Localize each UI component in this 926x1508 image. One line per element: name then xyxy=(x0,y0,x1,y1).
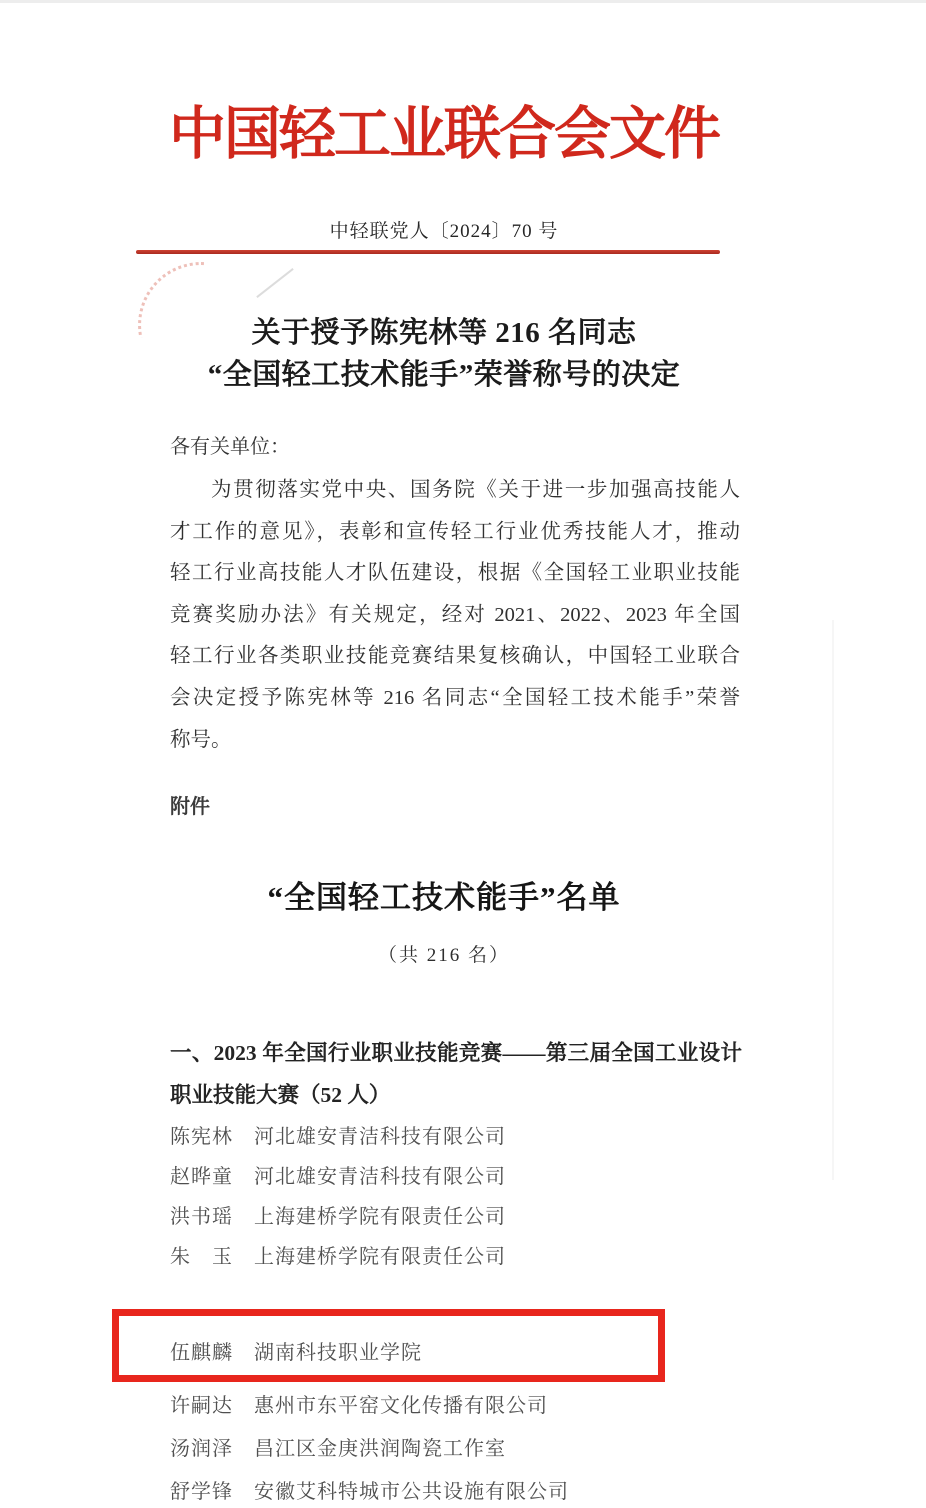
body-line: 称号。 xyxy=(170,720,740,762)
masthead-title: 中国轻工业联合会文件 xyxy=(150,92,738,178)
document-title-line-2: “全国轻工技术能手”荣誉称号的决定 xyxy=(150,352,738,393)
body-line: 竞赛奖励办法》有关规定，经对 2021、2022、2023 年全国 xyxy=(170,595,740,637)
faint-pencil-mark xyxy=(256,268,293,298)
awardee-organization: 河北雄安青洁科技有限公司 xyxy=(254,1120,506,1149)
roster-row: 赵晔童 河北雄安青洁科技有限公司 xyxy=(170,1160,506,1189)
salutation: 各有关单位： xyxy=(170,430,290,459)
awardee-name: 许嗣达 xyxy=(170,1389,232,1418)
document-title-line-1: 关于授予陈宪林等 216 名同志 xyxy=(150,310,738,351)
scan-top-edge xyxy=(0,0,926,3)
awardee-name: 朱 玉 xyxy=(170,1240,232,1269)
document-number: 中轻联党人〔2024〕70 号 xyxy=(150,216,738,243)
roster-row-highlighted: 伍麒麟 湖南科技职业学院 xyxy=(170,1336,422,1365)
body-line: 会决定授予陈宪林等 216 名同志“全国轻工技术能手”荣誉 xyxy=(170,678,740,720)
awardee-organization: 安徽艾科特城市公共设施有限公司 xyxy=(254,1475,569,1504)
awardee-organization: 河北雄安青洁科技有限公司 xyxy=(254,1160,506,1189)
document-page: 中国轻工业联合会文件 中轻联党人〔2024〕70 号 关于授予陈宪林等 216 … xyxy=(0,0,926,1508)
roster-title: “全国轻工技术能手”名单 xyxy=(150,872,738,917)
scan-fold-artifact xyxy=(832,620,834,1180)
awardee-name: 伍麒麟 xyxy=(170,1336,232,1365)
roster-count: （共 216 名） xyxy=(150,940,738,967)
roster-row: 陈宪林 河北雄安青洁科技有限公司 xyxy=(170,1120,506,1149)
red-divider-rule xyxy=(136,250,720,254)
awardee-name: 赵晔童 xyxy=(170,1160,232,1189)
body-paragraph: 为贯彻落实党中央、国务院《关于进一步加强高技能人 才工作的意见》，表彰和宣传轻工… xyxy=(170,470,740,761)
roster-row: 舒学锋 安徽艾科特城市公共设施有限公司 xyxy=(170,1475,569,1504)
awardee-name: 汤润泽 xyxy=(170,1432,232,1461)
awardee-name: 洪书瑶 xyxy=(170,1200,232,1229)
roster-row: 洪书瑶 上海建桥学院有限责任公司 xyxy=(170,1200,506,1229)
roster-row: 汤润泽 昌江区金庚洪润陶瓷工作室 xyxy=(170,1432,506,1461)
awardee-organization: 上海建桥学院有限责任公司 xyxy=(254,1200,506,1229)
body-line: 轻工行业高技能人才队伍建设，根据《全国轻工业职业技能 xyxy=(170,553,740,595)
awardee-organization: 昌江区金庚洪润陶瓷工作室 xyxy=(254,1432,506,1461)
section-heading-line-2: 职业技能大赛（52 人） xyxy=(170,1078,742,1109)
roster-row: 朱 玉 上海建桥学院有限责任公司 xyxy=(170,1240,506,1269)
body-line: 为贯彻落实党中央、国务院《关于进一步加强高技能人 xyxy=(170,470,740,512)
awardee-organization: 上海建桥学院有限责任公司 xyxy=(254,1240,506,1269)
attachment-label: 附件 xyxy=(170,790,210,819)
awardee-name: 陈宪林 xyxy=(170,1120,232,1149)
awardee-name: 舒学锋 xyxy=(170,1475,232,1504)
section-heading-line-1: 一、2023 年全国行业职业技能竞赛——第三届全国工业设计 xyxy=(170,1036,742,1067)
body-line: 轻工行业各类职业技能竞赛结果复核确认，中国轻工业联合 xyxy=(170,636,740,678)
body-line: 才工作的意见》，表彰和宣传轻工行业优秀技能人才，推动 xyxy=(170,512,740,554)
roster-row: 许嗣达 惠州市东平窑文化传播有限公司 xyxy=(170,1389,548,1418)
awardee-organization: 惠州市东平窑文化传播有限公司 xyxy=(254,1389,548,1418)
awardee-organization: 湖南科技职业学院 xyxy=(254,1336,422,1365)
